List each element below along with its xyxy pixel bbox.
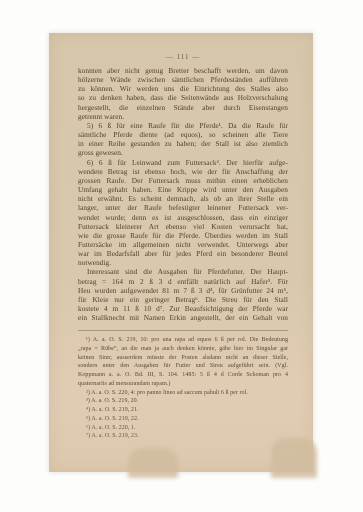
paragraph-line: ein Stallknecht mit Namen Erkin angestel… [78, 313, 288, 322]
footnote-line: quaternariis ad mensurandam rapam.) [78, 380, 288, 389]
footnote: ⁶) A. a. O. S. 220, 1. [78, 424, 288, 433]
footnote-line: ⁷) A. a. O. S. 219, 23. [78, 432, 288, 441]
footnote-line: ⁴) A. a. O. S. 219, 21. [78, 406, 288, 415]
paragraph: 6) 6 ß für Leinwand zum Futtersack². Der… [78, 158, 288, 268]
main-text: konnten aber nicht genug Bretter beschaf… [78, 66, 288, 322]
footnote: ³) A. a. O. S. 219, 20. [78, 397, 288, 406]
footnote: ¹) A. a. O. S. 219, 10: pro una rapa ad … [78, 336, 288, 389]
finger-shadow-right [271, 438, 317, 478]
paragraph-line: zu können. Wir werden uns die Einrichtun… [78, 84, 288, 93]
finger-shadow-left [128, 448, 178, 478]
paragraph-line: wendete Betrag ist ebenso hoch, wie der … [78, 167, 288, 176]
paragraph-line: für Kleie nur ein geringer Betrag⁶. Die … [78, 295, 288, 304]
footnote-line: ⁵) A. a. O. S. 219, 22. [78, 415, 288, 424]
paragraph-line: sämtliche Pferde diente (ad equos), so s… [78, 130, 288, 139]
paragraph-line: konnten aber nicht genug Bretter beschaf… [78, 66, 288, 75]
footnote: ⁷) A. a. O. S. 219, 23. [78, 432, 288, 441]
footnote-line: „rapa = Rübe“, an die man ja auch denken… [78, 345, 288, 354]
paragraph: konnten aber nicht genug Bretter beschaf… [78, 66, 288, 121]
page-number: — 111 — [78, 53, 288, 61]
paragraph-line: Umfang gehabt haben. Eine Krippe wird un… [78, 185, 288, 194]
book-page: — 111 — konnten aber nicht genug Bretter… [49, 33, 313, 472]
paragraph-line: Heu wurden aufgewendet 81 m 7 ß 3 d⁴, fü… [78, 286, 288, 295]
paragraph-line: so zu denken haben, dass die Seitenwände… [78, 93, 288, 102]
footnote-line: ²) A. a. O. S. 220, 4: pro panno lineo a… [78, 389, 288, 398]
paragraph-line: betrag = 164 m 2 ß 3 d entfällt natürlic… [78, 277, 288, 286]
paragraph-line: grossen Raufe. Der Futtersack muss mithi… [78, 176, 288, 185]
paragraph-line: kostete 4 m 11 ß 10 d⁷. Zur Beaufsichtig… [78, 304, 288, 313]
paragraph: Interessant sind die Ausgaben für Pferde… [78, 267, 288, 322]
footnotes-section: ¹) A. a. O. S. 219, 10: pro una rapa ad … [78, 336, 288, 441]
paragraph-line: war im Bedarfsfall aber für jedes Pferd … [78, 249, 288, 258]
paragraph-line: Interessant sind die Ausgaben für Pferde… [78, 267, 288, 276]
paragraph-line: gross gewesen. [78, 148, 288, 157]
paragraph-line: Futtersäcke im allgemeinen nicht verwend… [78, 240, 288, 249]
paragraph-line: Futtersack kleinerer Art ebenso viel Kos… [78, 222, 288, 231]
paragraph: 5) 6 ß für eine Raufe für die Pferde¹. D… [78, 121, 288, 158]
paragraph-line: nicht erwähnt. Es scheint demnach, als o… [78, 194, 288, 203]
footnote-line: sondern unter den Ausgaben für Futter un… [78, 362, 288, 371]
paragraph-line: in einer Reihe gestanden zu haben; der S… [78, 139, 288, 148]
paragraph-line: hölzerne Wände zwischen sämtlichen Pferd… [78, 75, 288, 84]
footnote-line: keinen Sinn; ausserdem müsste der Posten… [78, 354, 288, 363]
footnote-line: ¹) A. a. O. S. 219, 10: pro una rapa ad … [78, 336, 288, 345]
paragraph-line: hergestellt, die einzelnen Stände aber d… [78, 103, 288, 112]
paragraph-line: 5) 6 ß für eine Raufe für die Pferde¹. D… [78, 121, 288, 130]
paragraph-line: 6) 6 ß für Leinwand zum Futtersack². Der… [78, 158, 288, 167]
footnote-line: ⁶) A. a. O. S. 220, 1. [78, 424, 288, 433]
footnote-line: ³) A. a. O. S. 219, 20. [78, 397, 288, 406]
paragraph-line: langer, unter der Raufe befestigter lein… [78, 203, 288, 212]
paragraph-line: getrennt waren. [78, 112, 288, 121]
footnote: ²) A. a. O. S. 220, 4: pro panno lineo a… [78, 389, 288, 398]
footnote-line: Koppmann a. a. O. Bd. III, S. 104. 1485:… [78, 371, 288, 380]
paragraph-line: notwendig. [78, 258, 288, 267]
paragraph-line: wendet wurde; denn es ist ausgeschlossen… [78, 213, 288, 222]
footnote: ⁵) A. a. O. S. 219, 22. [78, 415, 288, 424]
scanned-page-photo: — 111 — konnten aber nicht genug Bretter… [0, 0, 363, 512]
footnote: ⁴) A. a. O. S. 219, 21. [78, 406, 288, 415]
paragraph-line: wie die grosse Raufe für die Pferde. Übe… [78, 231, 288, 240]
footnote-separator-rule [78, 330, 288, 331]
